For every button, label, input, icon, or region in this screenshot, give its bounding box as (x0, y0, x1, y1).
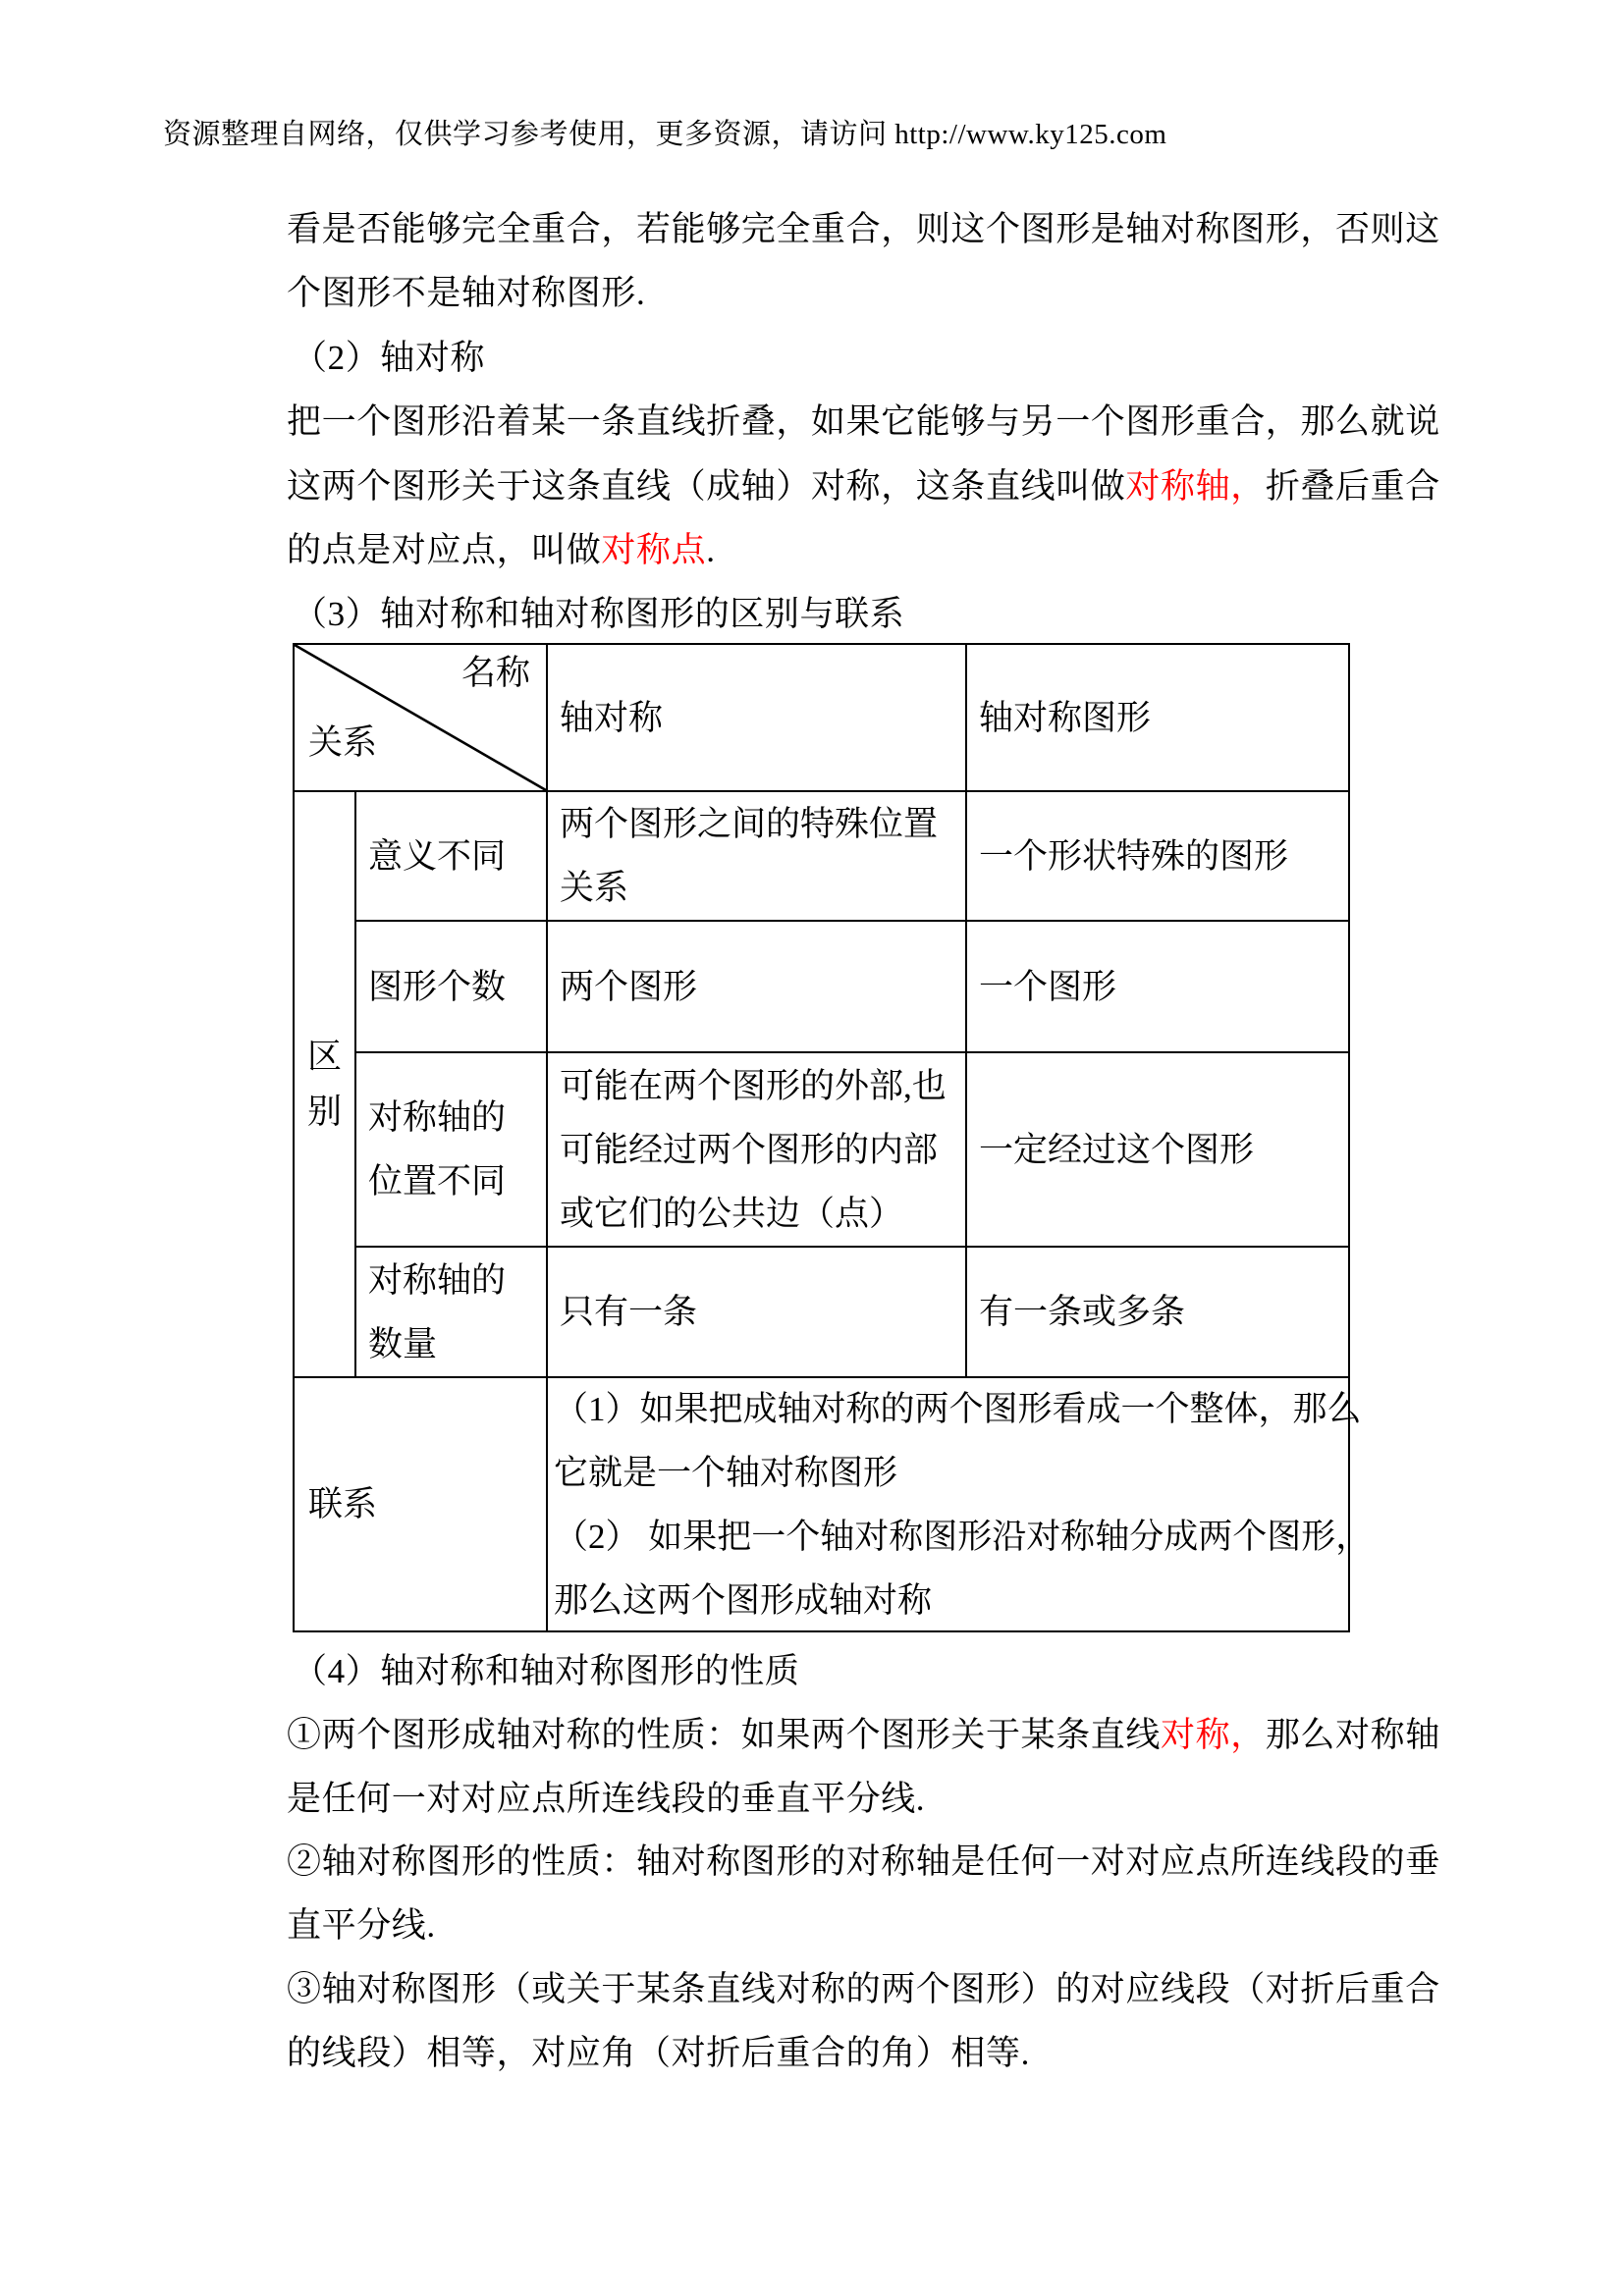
paragraph-line: 看是否能够完全重合，若能够完全重合，则这个图形是轴对称图形，否则这 (287, 197, 1357, 261)
cell-position-axial: 可能在两个图形的外部,也 可能经过两个图形的内部 或它们的公共边（点） (548, 1053, 967, 1248)
cell-quantity-axial: 只有一条 (548, 1248, 967, 1378)
cell-quantity-figure: 有一条或多条 (967, 1248, 1348, 1378)
paragraph-line: 的点是对应点，叫做对称点. (287, 518, 1357, 582)
cell-count-axial: 两个图形 (548, 922, 967, 1053)
cell-line: 一个图形 (979, 955, 1348, 1019)
corner-label-name: 名称 (461, 655, 530, 691)
group-label: 联系 (308, 1472, 546, 1536)
cell-line: 一个形状特殊的图形 (979, 825, 1348, 888)
cell-line: 那么这两个图形成轴对称 (554, 1569, 1348, 1632)
document-page: 资源整理自网络，仅供学习参考使用，更多资源，请访问 http://www.ky1… (0, 0, 1624, 2296)
paragraph-line: ②轴对称图形的性质：轴对称图形的对称轴是任何一对对应点所连线段的垂 (287, 1831, 1357, 1895)
paragraph-line: 的线段）相等，对应角（对折后重合的角）相等. (287, 2022, 1357, 2086)
column-header-label: 轴对称图形 (979, 686, 1348, 750)
cell-line: 数量 (368, 1312, 546, 1376)
cell-line: （1）如果把成轴对称的两个图形看成一个整体，那么 (554, 1377, 1348, 1441)
cell-line: 意义不同 (368, 825, 546, 888)
highlighted-term: 对称， (1161, 1716, 1266, 1754)
cell-line: 或它们的公共边（点） (560, 1182, 965, 1246)
row-label-figure-count: 图形个数 (356, 922, 548, 1053)
cell-position-figure: 一定经过这个图形 (967, 1053, 1348, 1248)
page-header-note: 资源整理自网络，仅供学习参考使用，更多资源，请访问 http://www.ky1… (163, 116, 1166, 153)
paragraph-line: ①两个图形成轴对称的性质：如果两个图形关于某条直线对称，那么对称轴 (287, 1704, 1357, 1768)
text-segment: 的点是对应点，叫做 (287, 531, 601, 569)
cell-line: 图形个数 (368, 955, 546, 1019)
group-label-char: 区 (295, 1030, 354, 1085)
paragraph-line: 是任何一对对应点所连线段的垂直平分线. (287, 1768, 1357, 1832)
cell-line: 位置不同 (368, 1149, 546, 1213)
row-label-axis-quantity: 对称轴的 数量 (356, 1248, 548, 1378)
cell-line: 关系 (560, 856, 965, 920)
row-group-label-connection: 联系 (295, 1378, 548, 1630)
group-label-char: 别 (295, 1085, 354, 1140)
section-heading-3: （3）轴对称和轴对称图形的区别与联系 (287, 582, 1357, 646)
cell-line: 一定经过这个图形 (979, 1118, 1348, 1182)
row-label-meaning: 意义不同 (356, 792, 548, 922)
column-header-axial-symmetry: 轴对称 (548, 645, 967, 792)
paragraph-line: 直平分线. (287, 1895, 1357, 1958)
table-corner-cell: 名称 关系 (295, 645, 548, 792)
body-text-top: 看是否能够完全重合，若能够完全重合，则这个图形是轴对称图形，否则这 个图形不是轴… (287, 197, 1357, 647)
paragraph-line: 这两个图形关于这条直线（成轴）对称，这条直线叫做对称轴，折叠后重合 (287, 454, 1357, 518)
cell-meaning-figure: 一个形状特殊的图形 (967, 792, 1348, 922)
body-text-bottom: （4）轴对称和轴对称图形的性质 ①两个图形成轴对称的性质：如果两个图形关于某条直… (287, 1640, 1357, 2086)
text-segment: 这两个图形关于这条直线（成轴）对称，这条直线叫做 (287, 467, 1125, 506)
cell-line: 有一条或多条 (979, 1280, 1348, 1344)
column-header-axisymmetric-figure: 轴对称图形 (967, 645, 1348, 792)
paragraph-line: ③轴对称图形（或关于某条直线对称的两个图形）的对应线段（对折后重合 (287, 1958, 1357, 2022)
highlighted-term: 对称点 (601, 531, 706, 569)
cell-line: 只有一条 (560, 1280, 965, 1344)
paragraph-line: 个图形不是轴对称图形. (287, 261, 1357, 325)
cell-line: 可能在两个图形的外部,也 (560, 1054, 965, 1118)
text-segment: . (706, 531, 715, 569)
text-segment: 那么对称轴 (1266, 1716, 1440, 1754)
row-label-axis-position: 对称轴的 位置不同 (356, 1053, 548, 1248)
column-header-label: 轴对称 (560, 686, 965, 750)
paragraph-line: 把一个图形沿着某一条直线折叠，如果它能够与另一个图形重合，那么就说 (287, 390, 1357, 454)
cell-meaning-axial: 两个图形之间的特殊位置 关系 (548, 792, 967, 922)
comparison-table: 名称 关系 轴对称 轴对称图形 区 别 意义不同 两个图形之间的特殊位置 关系 … (293, 643, 1350, 1632)
corner-label-relation: 关系 (308, 724, 377, 761)
cell-line: 对称轴的 (368, 1086, 546, 1149)
cell-line: 可能经过两个图形的内部 (560, 1118, 965, 1182)
text-segment: 折叠后重合 (1266, 467, 1440, 506)
section-heading-2: （2）轴对称 (287, 326, 1357, 390)
cell-line: 两个图形 (560, 955, 965, 1019)
cell-connection-content: （1）如果把成轴对称的两个图形看成一个整体，那么 它就是一个轴对称图形 （2） … (548, 1378, 1348, 1630)
cell-line: 两个图形之间的特殊位置 (560, 792, 965, 856)
row-group-label-difference: 区 别 (295, 792, 356, 1378)
text-segment: ①两个图形成轴对称的性质：如果两个图形关于某条直线 (287, 1716, 1161, 1754)
section-heading-4: （4）轴对称和轴对称图形的性质 (287, 1640, 1357, 1704)
cell-line: 它就是一个轴对称图形 (554, 1441, 1348, 1505)
cell-line: 对称轴的 (368, 1249, 546, 1312)
cell-line: （2） 如果把一个轴对称图形沿对称轴分成两个图形， (554, 1505, 1348, 1569)
highlighted-term: 对称轴， (1125, 467, 1265, 506)
cell-count-figure: 一个图形 (967, 922, 1348, 1053)
